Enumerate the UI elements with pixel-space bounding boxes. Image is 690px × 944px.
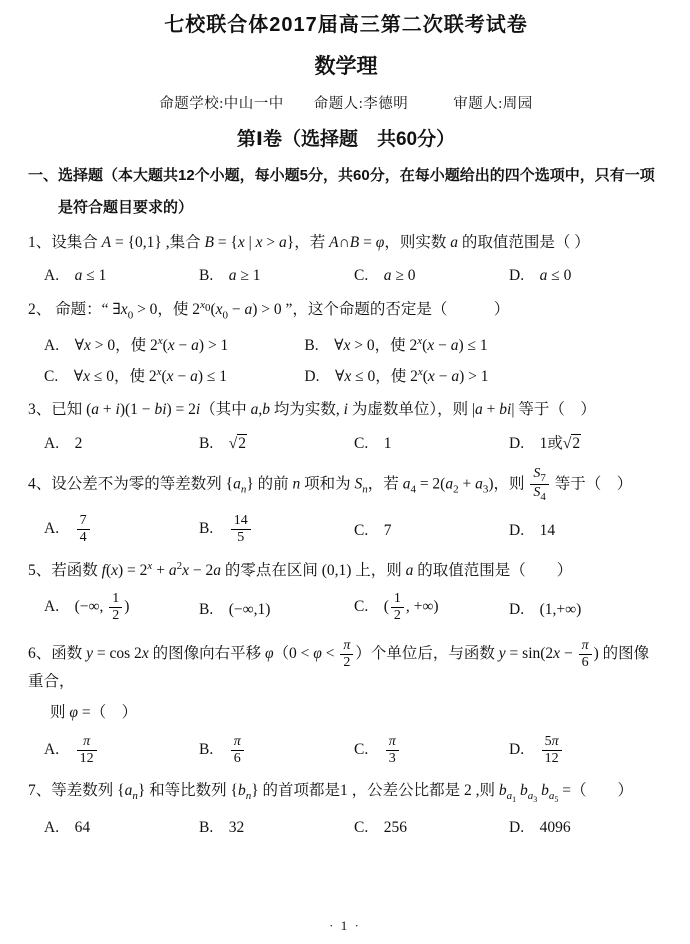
exam-page: 七校联合体2017届高三第二次联考试卷 数学理 命题学校:中山一中 命题人:李德… (0, 0, 690, 944)
question-7-options-row-1: A. 64B. 32C. 256D. 4096 (28, 815, 664, 837)
question-4-options-row-1: A. 74B. 145C. 7D. 14 (28, 513, 664, 546)
question-5-option: D. (1,+∞) (509, 597, 664, 619)
question-7-option: D. 4096 (509, 815, 664, 837)
question-1: 1、设集合 A = {0,1} ,集合 B = {x | x > a}，若 A∩… (28, 232, 664, 285)
question-3-option: B. √2 (199, 431, 354, 453)
question-7-stem: 7、等差数列 {an} 和等比数列 {bn} 的首项都是1 ，公差公比都是 2 … (28, 780, 664, 806)
question-4: 4、设公差不为零的等差数列 {an} 的前 n 项和为 Sn，若 a4 = 2(… (28, 466, 664, 546)
question-2-option: C. ∀x ≤ 0，使 2x(x − a) ≤ 1 (44, 364, 304, 386)
question-6-stem-cont: 则 φ =（ ） (28, 702, 664, 724)
question-5-option: A. (−∞, 12) (44, 591, 199, 624)
question-4-option: D. 14 (509, 518, 664, 540)
instructions-line-1: 一、选择题（本大题共12个小题，每小题5分，共60分，在每小题给出的四个选项中，… (28, 165, 664, 187)
question-6-options-row-1: A. π12B. π6C. π3D. 5π12 (28, 734, 664, 767)
question-3-options-row-1: A. 2B. √2C. 1D. 1或√2 (28, 431, 664, 453)
question-2-option: B. ∀x > 0，使 2x(x − a) ≤ 1 (304, 333, 564, 355)
subject-title: 数学理 (28, 50, 664, 80)
question-3-stem: 3、已知 (a + i)(1 − bi) = 2i（其中 a,b 均为实数, i… (28, 399, 664, 421)
question-7: 7、等差数列 {an} 和等比数列 {bn} 的首项都是1 ，公差公比都是 2 … (28, 780, 664, 837)
section-title: 第Ⅰ卷（选择题 共60分） (28, 124, 664, 151)
question-list: 1、设集合 A = {0,1} ,集合 B = {x | x > a}，若 A∩… (28, 232, 664, 837)
question-4-option: A. 74 (44, 513, 199, 546)
question-6: 6、函数 y = cos 2x 的图像向右平移 φ（0 < φ < π2）个单位… (28, 638, 664, 767)
question-5: 5、若函数 f(x) = 2x + a2x − 2a 的零点在区间 (0,1) … (28, 559, 664, 625)
question-6-option: B. π6 (199, 734, 354, 767)
question-4-option: B. 145 (199, 513, 354, 546)
question-2: 2、 命题：“ ∃x0 > 0，使 2x0(x0 − a) > 0 ”，这个命题… (28, 298, 664, 386)
question-2-options-row-2: C. ∀x ≤ 0，使 2x(x − a) ≤ 1D. ∀x ≤ 0，使 2x(… (28, 364, 664, 386)
question-1-option: D. a ≤ 0 (509, 263, 664, 285)
question-6-option: D. 5π12 (509, 734, 664, 767)
page-title: 七校联合体2017届高三第二次联考试卷 (28, 8, 664, 37)
exam-meta-line: 命题学校:中山一中 命题人:李德明 审题人:周园 (28, 92, 664, 113)
question-5-option: C. (12, +∞) (354, 591, 509, 624)
instructions-line-2: 是符合题目要求的） (28, 197, 664, 219)
question-1-option: A. a ≤ 1 (44, 263, 199, 285)
question-4-stem: 4、设公差不为零的等差数列 {an} 的前 n 项和为 Sn，若 a4 = 2(… (28, 466, 664, 504)
question-3-option: A. 2 (44, 431, 199, 453)
question-7-option: A. 64 (44, 815, 199, 837)
question-1-option: C. a ≥ 0 (354, 263, 509, 285)
question-7-option: B. 32 (199, 815, 354, 837)
question-5-option: B. (−∞,1) (199, 597, 354, 619)
question-2-option: A. ∀x > 0，使 2x(x − a) > 1 (44, 333, 304, 355)
question-1-options-row-1: A. a ≤ 1B. a ≥ 1C. a ≥ 0D. a ≤ 0 (28, 263, 664, 285)
instructions: 一、选择题（本大题共12个小题，每小题5分，共60分，在每小题给出的四个选项中，… (28, 165, 664, 219)
question-3-option: D. 1或√2 (509, 431, 664, 453)
question-7-option: C. 256 (354, 815, 509, 837)
question-3-option: C. 1 (354, 431, 509, 453)
question-2-options-row-1: A. ∀x > 0，使 2x(x − a) > 1B. ∀x > 0，使 2x(… (28, 333, 664, 355)
question-1-option: B. a ≥ 1 (199, 263, 354, 285)
page-number: · 1 · (0, 918, 690, 934)
question-6-option: A. π12 (44, 734, 199, 767)
question-5-stem: 5、若函数 f(x) = 2x + a2x − 2a 的零点在区间 (0,1) … (28, 559, 664, 583)
question-1-stem: 1、设集合 A = {0,1} ,集合 B = {x | x > a}，若 A∩… (28, 232, 664, 254)
question-4-option: C. 7 (354, 518, 509, 540)
question-5-options-row-1: A. (−∞, 12)B. (−∞,1)C. (12, +∞)D. (1,+∞) (28, 591, 664, 624)
question-6-stem: 6、函数 y = cos 2x 的图像向右平移 φ（0 < φ < π2）个单位… (28, 638, 664, 694)
question-3: 3、已知 (a + i)(1 − bi) = 2i（其中 a,b 均为实数, i… (28, 399, 664, 452)
question-2-stem: 2、 命题：“ ∃x0 > 0，使 2x0(x0 − a) > 0 ”，这个命题… (28, 298, 664, 324)
question-2-option: D. ∀x ≤ 0，使 2x(x − a) > 1 (304, 364, 564, 386)
question-6-option: C. π3 (354, 734, 509, 767)
